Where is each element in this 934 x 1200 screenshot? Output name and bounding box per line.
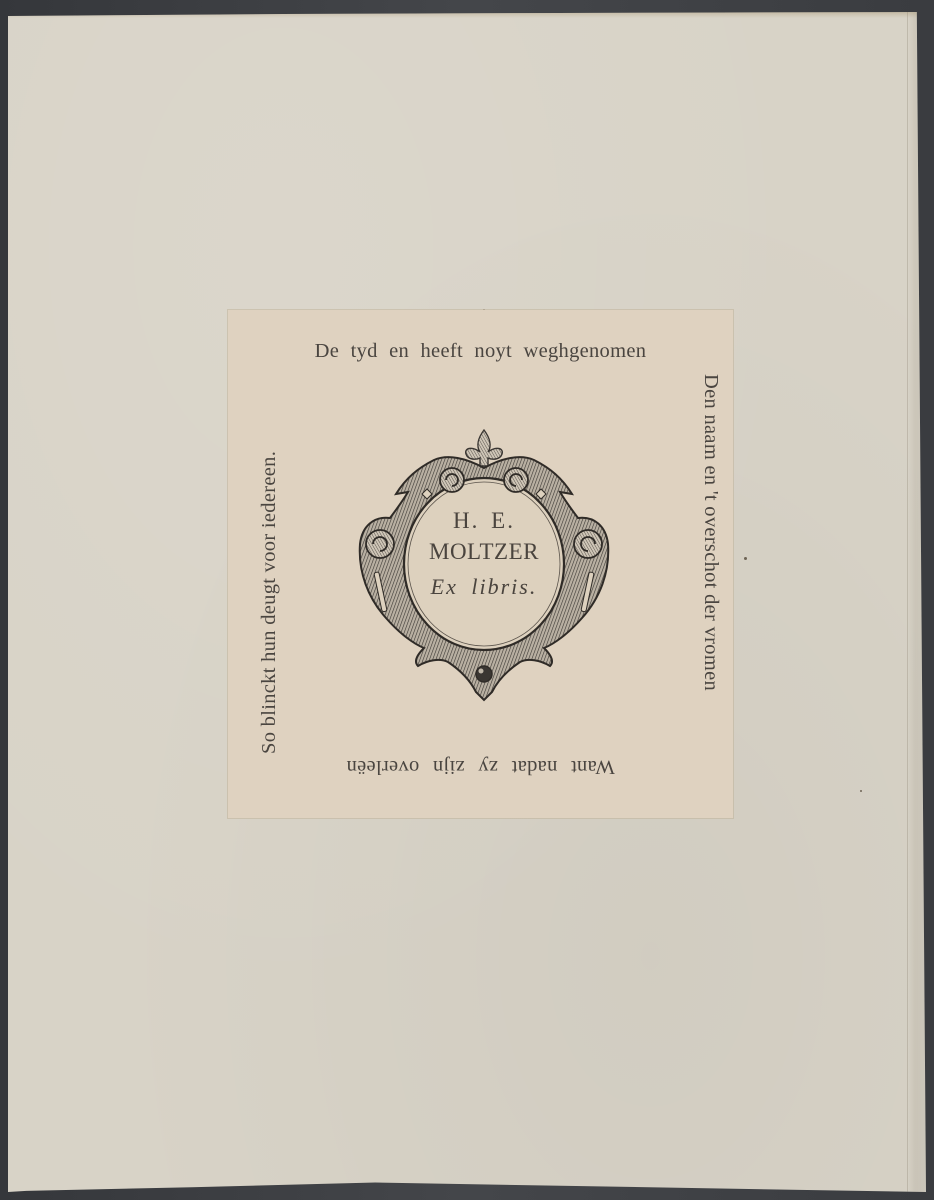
ex-libris-motto: Ex libris.	[356, 574, 612, 600]
verse-top: De tyd en heeft noyt weghgenomen	[228, 340, 733, 363]
owner-surname: MOLTZER	[356, 539, 612, 565]
paper-speck	[860, 790, 862, 792]
verse-left: So blinckt hun deugt voor iedereen.	[258, 364, 288, 754]
fleur-de-lis-icon	[466, 430, 503, 466]
paper-speck	[744, 557, 747, 560]
owner-initials: H. E.	[356, 508, 612, 534]
verse-right: Den naam en 't overschot der vromen	[692, 374, 722, 754]
bookplate: De tyd en heeft noyt weghgenomen Den naa…	[228, 310, 733, 818]
jewel-icon	[476, 666, 492, 682]
verse-bottom: Want nadat zy zijn overleën	[228, 755, 733, 778]
cartouche-emblem: H. E. MOLTZER Ex libris.	[356, 422, 612, 702]
